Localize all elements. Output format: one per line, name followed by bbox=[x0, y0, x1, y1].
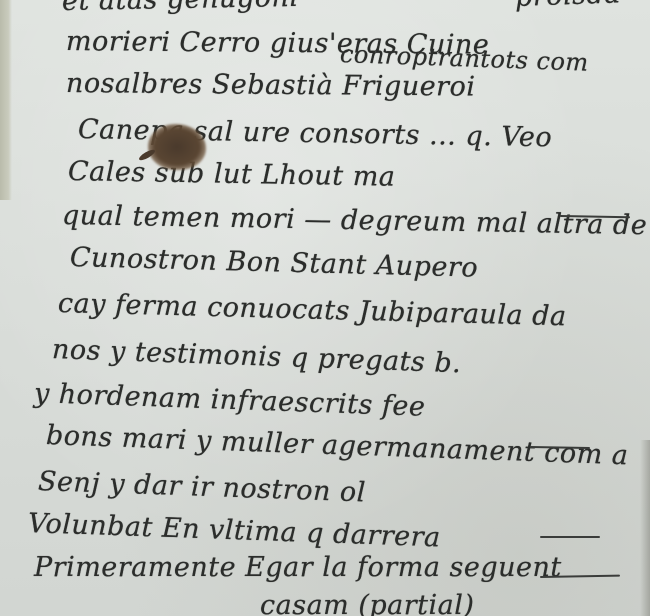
line-flourish bbox=[540, 536, 600, 538]
page-shadow bbox=[640, 440, 650, 616]
manuscript-line-7: Cunostron Bon Stant Aupero bbox=[70, 242, 479, 284]
ink-stain bbox=[148, 124, 206, 170]
manuscript-line-8: cay ferma conuocats Jubiparaula da bbox=[58, 288, 567, 332]
manuscript-line-14: Primeramente Egar la forma seguent bbox=[34, 552, 562, 583]
manuscript-line-1: et atas genugoni bbox=[62, 0, 317, 17]
manuscript-line-12: Senj y dar ir nostron ol bbox=[37, 466, 366, 508]
manuscript-line-6: qual temen mori — degreum mal altra de bbox=[62, 200, 648, 241]
paper-edge bbox=[0, 0, 12, 200]
manuscript-page: et atas genugoni proisda morieri Cerro g… bbox=[0, 0, 650, 616]
manuscript-line-1-right: proisda bbox=[514, 0, 621, 13]
manuscript-line-10: y hordenam infraescrits fee bbox=[33, 378, 425, 423]
manuscript-line-15: casam (partial) bbox=[260, 590, 474, 616]
manuscript-line-3: nosalbres Sebastià Frigueroi bbox=[66, 68, 476, 103]
manuscript-line-13: Volunbat En vltima q darrera bbox=[27, 508, 441, 553]
line-flourish bbox=[540, 575, 620, 578]
manuscript-line-5: Cales sub lut Lhout ma bbox=[68, 156, 396, 193]
manuscript-line-9: nos y testimonis q pregats b. bbox=[51, 334, 461, 379]
